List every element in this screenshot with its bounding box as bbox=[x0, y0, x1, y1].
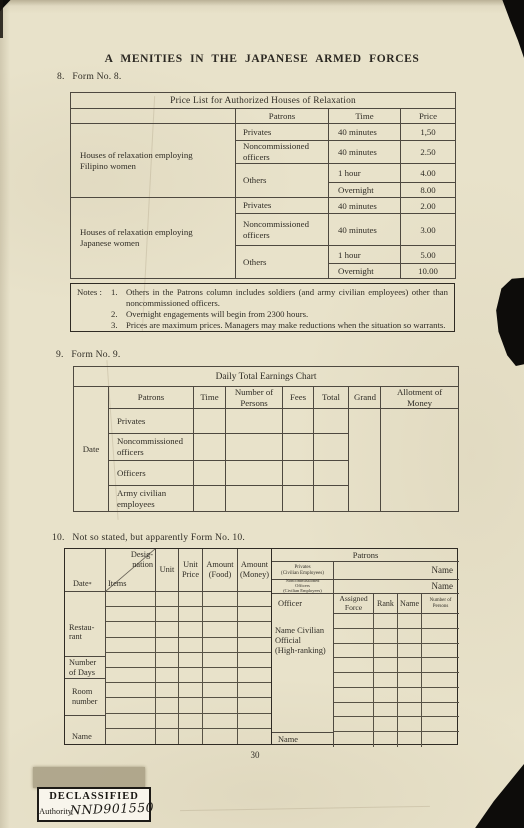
empty-cell bbox=[238, 683, 271, 698]
empty-cell bbox=[374, 644, 398, 659]
authority-label: Authority bbox=[39, 806, 72, 816]
form8-notes-box: Notes : 1. Others in the Patrons column … bbox=[70, 283, 455, 332]
time-cell: 1 hour bbox=[329, 164, 401, 183]
empty-cell bbox=[203, 592, 238, 607]
scan-edge-mark bbox=[0, 0, 3, 38]
patrons-cell: Privates bbox=[236, 198, 329, 214]
empty-cell bbox=[238, 653, 271, 668]
nco-row: Noncommissioned Officers (Civilian Emplo… bbox=[272, 580, 459, 594]
empty-cell bbox=[334, 658, 374, 673]
empty-cell bbox=[349, 409, 381, 512]
form10-left-header: Date* Desig- nation Items Unit Unit Pric… bbox=[65, 549, 271, 592]
empty-cell bbox=[334, 629, 374, 644]
empty-cell bbox=[106, 607, 156, 622]
empty-cell bbox=[374, 717, 398, 732]
empty-cell bbox=[203, 638, 238, 653]
column-header: Rank bbox=[374, 594, 398, 613]
row-label: Number of Days bbox=[65, 657, 105, 679]
officer-label: Officer bbox=[272, 594, 333, 613]
column-header: Total bbox=[314, 387, 349, 409]
empty-cell bbox=[334, 673, 374, 688]
empty-cell bbox=[179, 698, 203, 713]
empty-cell bbox=[398, 644, 422, 659]
page-number: 30 bbox=[0, 750, 510, 760]
empty-cell bbox=[226, 434, 283, 461]
date-asterisk: * bbox=[89, 582, 92, 589]
empty-cell bbox=[106, 622, 156, 637]
patrons-cell: Noncommissioned officers bbox=[236, 214, 329, 246]
empty-cell bbox=[334, 717, 374, 732]
bottom-name-label: Name bbox=[272, 732, 333, 747]
empty-cell bbox=[422, 732, 459, 747]
form10-right-body: Officer Name Civilian Official (High-ran… bbox=[272, 594, 459, 747]
time-cell: Overnight bbox=[329, 183, 401, 198]
empty-cell bbox=[203, 698, 238, 713]
empty-cell bbox=[156, 607, 179, 622]
empty-cell bbox=[238, 622, 271, 637]
column-header: Assigned Force bbox=[334, 594, 374, 613]
empty-cell bbox=[106, 592, 156, 607]
notes-label: Notes : bbox=[77, 287, 111, 309]
form9-label: 9. Form No. 9. bbox=[56, 349, 121, 360]
empty-cell bbox=[238, 714, 271, 729]
form10-date-column: Restau- rant Number of Days Room number … bbox=[65, 592, 106, 744]
price-cell: 1,50 bbox=[401, 124, 456, 141]
designation-label: Desig- nation bbox=[131, 550, 153, 569]
group-label: Houses of relaxation employing Japanese … bbox=[71, 198, 236, 279]
time-cell: 40 minutes bbox=[329, 124, 401, 141]
empty-cell bbox=[156, 638, 179, 653]
column-header: Price bbox=[401, 109, 456, 124]
empty-cell bbox=[179, 638, 203, 653]
empty-cell bbox=[106, 698, 156, 713]
date-column-label: Date bbox=[74, 387, 109, 512]
empty-cell bbox=[179, 668, 203, 683]
empty-cell bbox=[398, 658, 422, 673]
row-label: Army civilian employees bbox=[109, 486, 194, 512]
authority-line: AuthorityNND901550 bbox=[39, 802, 149, 817]
empty-cell bbox=[422, 703, 459, 718]
patrons-cell: Noncommissioned officers bbox=[236, 141, 329, 164]
column-header: Unit bbox=[156, 549, 179, 591]
empty-cell bbox=[106, 729, 156, 744]
empty-cell bbox=[203, 668, 238, 683]
empty-cell bbox=[71, 109, 236, 124]
column-header: Fees bbox=[283, 387, 314, 409]
table-title: Daily Total Earnings Chart bbox=[74, 367, 459, 387]
empty-cell bbox=[374, 658, 398, 673]
empty-cell bbox=[398, 717, 422, 732]
price-cell: 2.50 bbox=[401, 141, 456, 164]
patrons-header: Patrons bbox=[272, 549, 459, 562]
empty-cell bbox=[238, 668, 271, 683]
privates-label: Privates (Civilian Employees) bbox=[272, 562, 334, 579]
declassified-stamp: DECLASSIFIED AuthorityNND901550 bbox=[37, 787, 151, 822]
note-text: Overnight engagements will begin from 23… bbox=[126, 309, 448, 320]
group-label: Houses of relaxation employing Filipino … bbox=[71, 124, 236, 198]
patrons-cell: Others bbox=[236, 246, 329, 279]
note-number: 3. bbox=[111, 320, 126, 331]
patrons-cell: Others bbox=[236, 164, 329, 198]
empty-cell bbox=[422, 614, 459, 629]
form10-table: Date* Desig- nation Items Unit Unit Pric… bbox=[64, 548, 458, 745]
empty-cell bbox=[238, 729, 271, 744]
time-cell: 40 minutes bbox=[329, 214, 401, 246]
empty-cell bbox=[203, 683, 238, 698]
empty-cell bbox=[314, 461, 349, 486]
empty-cell bbox=[398, 673, 422, 688]
empty-cell bbox=[283, 486, 314, 512]
empty-cell bbox=[334, 614, 374, 629]
empty-cell bbox=[194, 434, 226, 461]
scanned-document-page: A MENITIES IN THE JAPANESE ARMED FORCES … bbox=[0, 0, 524, 828]
empty-cell bbox=[374, 703, 398, 718]
empty-cell bbox=[106, 683, 156, 698]
form10-right-label-column: Officer Name Civilian Official (High-ran… bbox=[272, 594, 334, 747]
notes-label-spacer bbox=[77, 320, 111, 331]
form9-earnings-table: Daily Total Earnings Chart Date Patrons … bbox=[73, 366, 459, 512]
empty-cell bbox=[156, 698, 179, 713]
time-cell: 1 hour bbox=[329, 246, 401, 264]
empty-cell bbox=[203, 653, 238, 668]
form8-label: 8. Form No. 8. bbox=[57, 71, 122, 82]
empty-cell bbox=[179, 592, 203, 607]
empty-cell bbox=[156, 714, 179, 729]
empty-cell bbox=[203, 729, 238, 744]
price-cell: 2.00 bbox=[401, 198, 456, 214]
civilian-official-label: Name Civilian Official (High-ranking) bbox=[272, 626, 333, 656]
empty-cell bbox=[422, 629, 459, 644]
empty-cell bbox=[398, 629, 422, 644]
empty-cell bbox=[422, 717, 459, 732]
items-label: Items bbox=[108, 579, 126, 589]
date-header: Date* bbox=[65, 549, 106, 591]
form10-subtable: Assigned Force Rank Name Number of Perso… bbox=[334, 594, 459, 747]
empty-cell bbox=[374, 614, 398, 629]
empty-cell bbox=[156, 622, 179, 637]
empty-cell bbox=[238, 607, 271, 622]
empty-cell bbox=[314, 409, 349, 434]
column-header: Number of Persons bbox=[226, 387, 283, 409]
row-label: Officers bbox=[109, 461, 194, 486]
scan-corner-mark bbox=[472, 764, 524, 828]
empty-cell bbox=[156, 653, 179, 668]
notes-label-spacer bbox=[77, 309, 111, 320]
empty-cell bbox=[422, 688, 459, 703]
column-header: Grand bbox=[349, 387, 381, 409]
designation-items-diagonal-cell: Desig- nation Items bbox=[106, 549, 156, 591]
empty-cell bbox=[374, 732, 398, 747]
empty-cell bbox=[156, 592, 179, 607]
note-line: Notes : 1. Others in the Patrons column … bbox=[77, 287, 448, 309]
column-header: Amount (Money) bbox=[238, 549, 271, 591]
empty-cell bbox=[334, 688, 374, 703]
empty-cell bbox=[398, 614, 422, 629]
empty-cell bbox=[156, 729, 179, 744]
empty-cell bbox=[283, 434, 314, 461]
form10-label: 10. Not so stated, but apparently Form N… bbox=[52, 532, 245, 543]
empty-cell bbox=[203, 607, 238, 622]
empty-cell bbox=[156, 668, 179, 683]
name-cell: Name bbox=[334, 562, 459, 579]
form8-price-table: Price List for Authorized Houses of Rela… bbox=[70, 92, 456, 279]
empty-cell bbox=[106, 668, 156, 683]
form10-left-body: Restau- rant Number of Days Room number … bbox=[65, 592, 271, 744]
empty-cell bbox=[106, 638, 156, 653]
empty-cell bbox=[398, 703, 422, 718]
empty-cell bbox=[283, 409, 314, 434]
handwritten-authority-number: NND901550 bbox=[70, 800, 155, 818]
time-cell: 40 minutes bbox=[329, 198, 401, 214]
tape-strip bbox=[33, 767, 145, 788]
empty-cell bbox=[179, 653, 203, 668]
column-header: Number of Persons bbox=[422, 594, 459, 613]
column-header: Unit Price bbox=[179, 549, 203, 591]
empty-cell bbox=[179, 714, 203, 729]
row-label: Name bbox=[65, 716, 105, 744]
price-cell: 5.00 bbox=[401, 246, 456, 264]
crease-line bbox=[180, 806, 430, 811]
form10-left-section: Date* Desig- nation Items Unit Unit Pric… bbox=[65, 549, 271, 744]
empty-cell bbox=[422, 644, 459, 659]
form10-subheader: Assigned Force Rank Name Number of Perso… bbox=[334, 594, 459, 614]
nco-label: Noncommissioned Officers (Civilian Emplo… bbox=[272, 580, 334, 593]
empty-cell bbox=[334, 732, 374, 747]
column-header: Time bbox=[329, 109, 401, 124]
spacer bbox=[272, 656, 333, 732]
price-cell: 3.00 bbox=[401, 214, 456, 246]
form10-blank-subgrid bbox=[334, 614, 459, 747]
price-cell: 4.00 bbox=[401, 164, 456, 183]
empty-cell bbox=[238, 638, 271, 653]
empty-cell bbox=[194, 486, 226, 512]
empty-cell bbox=[156, 683, 179, 698]
scan-corner-mark bbox=[501, 0, 524, 58]
table-title: Price List for Authorized Houses of Rela… bbox=[71, 93, 456, 109]
form10-blank-grid bbox=[106, 592, 271, 744]
empty-cell bbox=[398, 688, 422, 703]
note-line: 3. Prices are maximum prices. Managers m… bbox=[77, 320, 448, 331]
row-label: Room number bbox=[65, 679, 105, 716]
time-cell: Overnight bbox=[329, 264, 401, 279]
empty-cell bbox=[226, 486, 283, 512]
empty-cell bbox=[203, 714, 238, 729]
price-cell: 8.00 bbox=[401, 183, 456, 198]
empty-cell bbox=[334, 644, 374, 659]
price-cell: 10.00 bbox=[401, 264, 456, 279]
empty-cell bbox=[194, 461, 226, 486]
note-text: Prices are maximum prices. Managers may … bbox=[126, 320, 448, 331]
empty-cell bbox=[203, 622, 238, 637]
empty-cell bbox=[179, 622, 203, 637]
empty-cell bbox=[179, 607, 203, 622]
column-header: Patrons bbox=[236, 109, 329, 124]
empty-cell bbox=[422, 658, 459, 673]
empty-cell bbox=[283, 461, 314, 486]
empty-cell bbox=[179, 683, 203, 698]
empty-cell bbox=[374, 629, 398, 644]
empty-cell bbox=[179, 729, 203, 744]
empty-cell bbox=[238, 592, 271, 607]
empty-cell bbox=[314, 486, 349, 512]
empty-cell bbox=[314, 434, 349, 461]
row-label: Restau- rant bbox=[65, 592, 105, 657]
row-label: Privates bbox=[109, 409, 194, 434]
note-text: Others in the Patrons column includes so… bbox=[126, 287, 448, 309]
empty-cell bbox=[374, 688, 398, 703]
form10-patrons-section: Patrons Privates (Civilian Employees) Na… bbox=[271, 549, 459, 744]
name-cell: Name bbox=[334, 580, 459, 593]
empty-cell bbox=[226, 461, 283, 486]
torn-edge-mark bbox=[495, 276, 524, 366]
empty-cell bbox=[226, 409, 283, 434]
empty-cell bbox=[422, 673, 459, 688]
column-header: Name bbox=[398, 594, 422, 613]
column-header: Patrons bbox=[109, 387, 194, 409]
column-header: Time bbox=[194, 387, 226, 409]
empty-cell bbox=[106, 714, 156, 729]
row-label: Noncommissioned officers bbox=[109, 434, 194, 461]
empty-cell bbox=[238, 698, 271, 713]
document-title: A MENITIES IN THE JAPANESE ARMED FORCES bbox=[0, 53, 524, 65]
time-cell: 40 minutes bbox=[329, 141, 401, 164]
empty-cell bbox=[374, 673, 398, 688]
note-number: 1. bbox=[111, 287, 126, 309]
column-header: Allotment of Money bbox=[381, 387, 459, 409]
patrons-cell: Privates bbox=[236, 124, 329, 141]
empty-cell bbox=[334, 703, 374, 718]
note-line: 2. Overnight engagements will begin from… bbox=[77, 309, 448, 320]
empty-cell bbox=[106, 653, 156, 668]
note-number: 2. bbox=[111, 309, 126, 320]
column-header: Amount (Food) bbox=[203, 549, 238, 591]
empty-cell bbox=[194, 409, 226, 434]
empty-cell bbox=[398, 732, 422, 747]
empty-cell bbox=[381, 409, 459, 512]
